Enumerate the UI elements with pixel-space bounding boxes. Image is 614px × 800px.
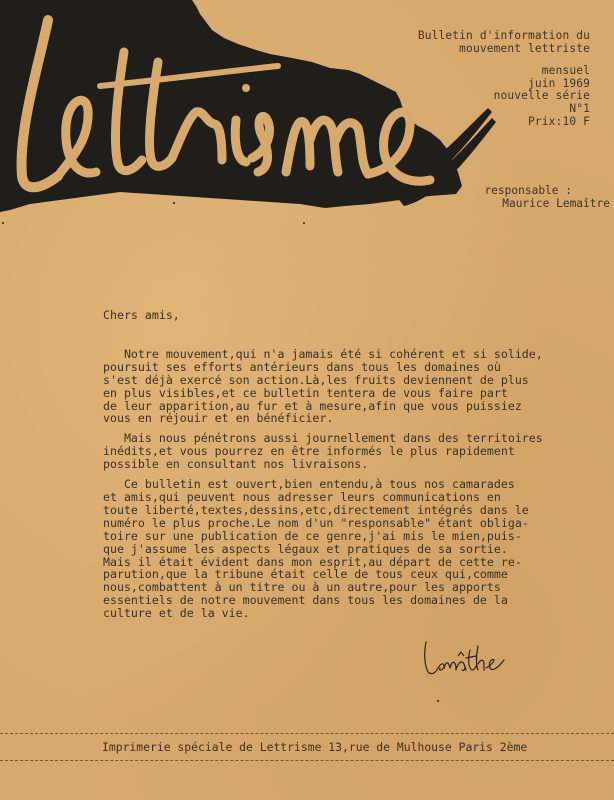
signature-lemaitre-icon [420, 638, 550, 684]
footer-divider-bottom [0, 760, 614, 761]
responsable-block: responsable : Maurice Lemaître [484, 184, 572, 210]
footer-divider-top [0, 733, 614, 734]
publication-frequency: mensuel [418, 65, 590, 78]
paper-speck [437, 700, 439, 702]
letter-salutation: Chers amis, [103, 309, 583, 322]
printer-imprint: Imprimerie spéciale de Lettrisme 13,rue … [102, 740, 527, 754]
bulletin-subtitle-line2: mouvement lettriste [418, 43, 590, 56]
paper-speck [2, 222, 4, 224]
letter-body: Chers amis, Notre mouvement,qui n'a jama… [103, 309, 583, 627]
responsable-label: responsable : [484, 184, 572, 197]
letter-paragraph: Ce bulletin est ouvert,bien entendu,à to… [103, 478, 583, 620]
issue-number: N°1 [418, 103, 590, 116]
publication-series: nouvelle série [418, 90, 590, 103]
issue-price: Prix:10 F [418, 116, 590, 129]
letter-paragraph: Notre mouvement,qui n'a jamais été si co… [103, 348, 583, 425]
bulletin-info: Bulletin d'information du mouvement lett… [418, 30, 590, 128]
signature [420, 638, 550, 684]
letter-paragraph: Mais nous pénétrons aussi journellement … [103, 432, 583, 471]
paper-speck [173, 202, 175, 204]
bulletin-subtitle-line1: Bulletin d'information du [418, 30, 590, 43]
paper-speck [303, 222, 305, 224]
responsable-name: Maurice Lemaître [484, 197, 610, 210]
